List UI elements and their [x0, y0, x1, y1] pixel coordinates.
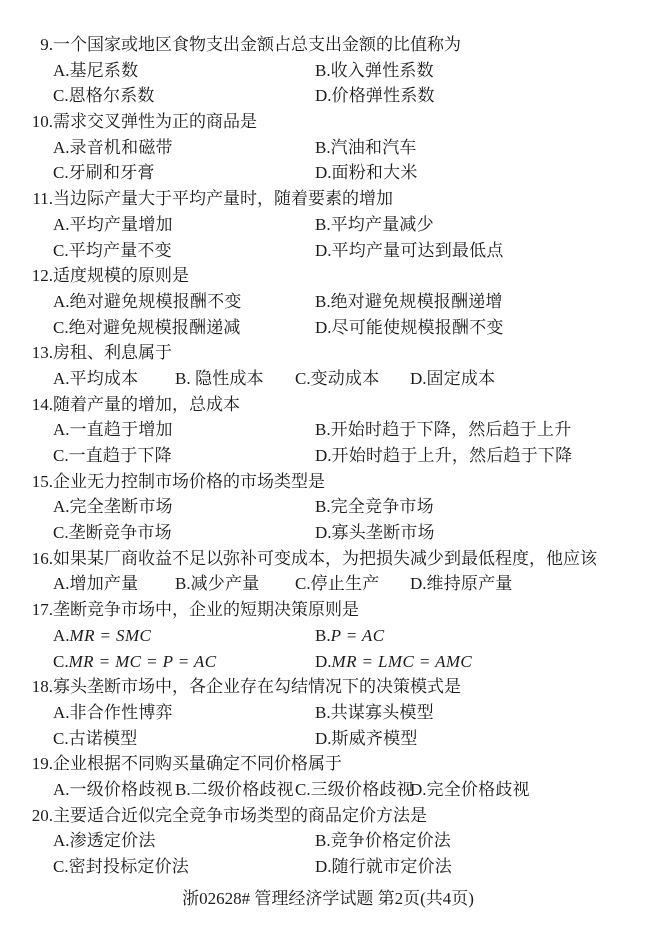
- option-letter: D.: [315, 729, 332, 748]
- option-text: 完全价格歧视: [427, 780, 530, 799]
- options-row: A.一直趋于增加 B.开始时趋于下降，然后趋于上升: [0, 417, 656, 443]
- option-a: A.基尼系数: [53, 58, 315, 84]
- options-row: A.平均成本 B. 隐性成本 C.变动成本 D.固定成本: [0, 366, 656, 392]
- option-formula: MR = LMC = AMC: [332, 652, 473, 671]
- question-11: 11.当边际产量大于平均产量时，随着要素的增加 A.平均产量增加 B.平均产量减…: [0, 186, 656, 263]
- question-text: 主要适合近似完全竞争市场类型的商品定价方法是: [53, 806, 427, 825]
- option-letter: A.: [53, 292, 70, 311]
- question-stem: 10.需求交叉弹性为正的商品是: [0, 109, 656, 135]
- option-b: B.绝对避免规模报酬递增: [315, 289, 656, 315]
- question-number: 17.: [26, 597, 53, 623]
- option-b: B.共谋寡头模型: [315, 700, 656, 726]
- option-b: B.开始时趋于下降，然后趋于上升: [315, 417, 656, 443]
- option-text: 隐性成本: [191, 369, 264, 388]
- question-10: 10.需求交叉弹性为正的商品是 A.录音机和磁带 B.汽油和汽车 C.牙刷和牙膏…: [0, 109, 656, 186]
- option-text: 古诺模型: [69, 729, 138, 748]
- option-letter: D.: [410, 574, 427, 593]
- option-text: 一级价格歧视: [70, 780, 173, 799]
- option-text: 价格弹性系数: [332, 86, 435, 105]
- option-text: 汽油和汽车: [331, 138, 417, 157]
- options-row: C.垄断竞争市场 D.寡头垄断市场: [0, 520, 656, 546]
- question-20: 20.主要适合近似完全竞争市场类型的商品定价方法是 A.渗透定价法 B.竞争价格…: [0, 803, 656, 880]
- option-letter: B.: [315, 497, 331, 516]
- option-a: A.平均成本: [53, 366, 175, 392]
- question-number: 9.: [26, 32, 53, 58]
- option-text: 一直趋于下降: [69, 446, 172, 465]
- option-letter: A.: [53, 626, 70, 645]
- option-d: D.寡头垄断市场: [315, 520, 656, 546]
- option-text: 增加产量: [70, 574, 139, 593]
- option-a: A.增加产量: [53, 571, 175, 597]
- option-letter: C.: [53, 857, 69, 876]
- exam-page: 9.一个国家或地区食物支出金额占总支出金额的比值称为 A.基尼系数 B.收入弹性…: [0, 0, 656, 911]
- option-letter: B.: [315, 703, 331, 722]
- option-b: B. 隐性成本: [175, 366, 295, 392]
- option-text: 变动成本: [311, 369, 380, 388]
- option-c: C.恩格尔系数: [53, 83, 315, 109]
- option-c: C.停止生产: [295, 571, 410, 597]
- option-a: A.渗透定价法: [53, 828, 315, 854]
- option-letter: C.: [295, 574, 311, 593]
- option-text: 共谋寡头模型: [331, 703, 434, 722]
- question-text: 寡头垄断市场中，各企业存在勾结情况下的决策模式是: [53, 677, 461, 696]
- option-d: D.MR = LMC = AMC: [315, 649, 656, 675]
- option-letter: A.: [53, 780, 70, 799]
- option-c: C.绝对避免规模报酬递减: [53, 315, 315, 341]
- options-row: C.绝对避免规模报酬递减 D.尽可能使规模报酬不变: [0, 315, 656, 341]
- option-text: 减少产量: [191, 574, 260, 593]
- options-row: C.恩格尔系数 D.价格弹性系数: [0, 83, 656, 109]
- option-a: A.MR = SMC: [53, 623, 315, 649]
- option-text: 完全垄断市场: [70, 497, 173, 516]
- option-letter: C.: [53, 241, 69, 260]
- option-d: D.完全价格歧视: [410, 777, 656, 803]
- option-text: 固定成本: [427, 369, 496, 388]
- option-a: A.一直趋于增加: [53, 417, 315, 443]
- option-d: D.面粉和大米: [315, 160, 656, 186]
- question-stem: 19.企业根据不同购买量确定不同价格属于: [0, 751, 656, 777]
- option-letter: D.: [410, 369, 427, 388]
- option-letter: D.: [315, 446, 332, 465]
- option-c: C.一直趋于下降: [53, 443, 315, 469]
- question-number: 19.: [26, 751, 53, 777]
- option-letter: B.: [315, 420, 331, 439]
- option-d: D.斯威齐模型: [315, 726, 656, 752]
- option-letter: B.: [315, 61, 331, 80]
- option-d: D.尽可能使规模报酬不变: [315, 315, 656, 341]
- page-footer: 浙02628# 管理经济学试题 第2页(共4页): [0, 886, 656, 912]
- option-letter: D.: [315, 163, 332, 182]
- question-stem: 16.如果某厂商收益不足以弥补可变成本，为把损失减少到最低程度，他应该: [0, 546, 656, 572]
- option-text: 平均产量不变: [69, 241, 172, 260]
- option-letter: C.: [53, 446, 69, 465]
- option-text: 恩格尔系数: [69, 86, 155, 105]
- option-text: 绝对避免规模报酬不变: [70, 292, 242, 311]
- options-row: A.非合作性博弈 B.共谋寡头模型: [0, 700, 656, 726]
- option-a: A.非合作性博弈: [53, 700, 315, 726]
- option-text: 完全竞争市场: [331, 497, 434, 516]
- question-text: 适度规模的原则是: [53, 266, 189, 285]
- options-row: C.牙刷和牙膏 D.面粉和大米: [0, 160, 656, 186]
- option-a: A.一级价格歧视: [53, 777, 175, 803]
- option-letter: C.: [53, 523, 69, 542]
- option-b: B.汽油和汽车: [315, 135, 656, 161]
- option-letter: D.: [315, 241, 332, 260]
- option-letter: D.: [410, 780, 427, 799]
- option-letter: D.: [315, 857, 332, 876]
- question-stem: 17.垄断竞争市场中，企业的短期决策原则是: [0, 597, 656, 623]
- option-text: 密封投标定价法: [69, 857, 189, 876]
- option-letter: A.: [53, 61, 70, 80]
- options-row: C.密封投标定价法 D.随行就市定价法: [0, 854, 656, 880]
- question-number: 18.: [26, 674, 53, 700]
- options-row: A.完全垄断市场 B.完全竞争市场: [0, 494, 656, 520]
- option-d: D.价格弹性系数: [315, 83, 656, 109]
- option-text: 尽可能使规模报酬不变: [332, 318, 504, 337]
- options-row: C.MR = MC = P = AC D.MR = LMC = AMC: [0, 649, 656, 675]
- options-row: A.录音机和磁带 B.汽油和汽车: [0, 135, 656, 161]
- option-letter: C.: [53, 163, 69, 182]
- option-text: 平均产量减少: [331, 215, 434, 234]
- option-letter: D.: [315, 652, 332, 671]
- option-c: C.变动成本: [295, 366, 410, 392]
- option-letter: D.: [315, 523, 332, 542]
- option-letter: B.: [315, 626, 331, 645]
- option-letter: C.: [295, 369, 311, 388]
- option-letter: C.: [53, 86, 69, 105]
- option-text: 渗透定价法: [70, 831, 156, 850]
- option-d: D.开始时趋于上升，然后趋于下降: [315, 443, 656, 469]
- option-d: D.随行就市定价法: [315, 854, 656, 880]
- question-text: 如果某厂商收益不足以弥补可变成本，为把损失减少到最低程度，他应该: [53, 549, 597, 568]
- option-letter: A.: [53, 497, 70, 516]
- question-text: 垄断竞争市场中，企业的短期决策原则是: [53, 600, 359, 619]
- option-letter: A.: [53, 831, 70, 850]
- options-row: A.渗透定价法 B.竞争价格定价法: [0, 828, 656, 854]
- options-row: C.古诺模型 D.斯威齐模型: [0, 726, 656, 752]
- question-18: 18.寡头垄断市场中，各企业存在勾结情况下的决策模式是 A.非合作性博弈 B.共…: [0, 674, 656, 751]
- question-stem: 11.当边际产量大于平均产量时，随着要素的增加: [0, 186, 656, 212]
- option-letter: B.: [175, 369, 191, 388]
- option-letter: C.: [53, 652, 69, 671]
- option-letter: A.: [53, 703, 70, 722]
- option-text: 竞争价格定价法: [331, 831, 451, 850]
- option-d: D.维持原产量: [410, 571, 656, 597]
- option-text: 绝对避免规模报酬递增: [331, 292, 503, 311]
- option-text: 平均产量增加: [70, 215, 173, 234]
- option-formula: P = AC: [331, 626, 385, 645]
- question-text: 企业根据不同购买量确定不同价格属于: [53, 754, 342, 773]
- options-row: A.基尼系数 B.收入弹性系数: [0, 58, 656, 84]
- option-text: 面粉和大米: [332, 163, 418, 182]
- question-number: 12.: [26, 263, 53, 289]
- question-stem: 18.寡头垄断市场中，各企业存在勾结情况下的决策模式是: [0, 674, 656, 700]
- option-d: D.固定成本: [410, 366, 656, 392]
- option-letter: B.: [175, 780, 191, 799]
- option-c: C.古诺模型: [53, 726, 315, 752]
- options-row: A.增加产量 B.减少产量 C.停止生产 D.维持原产量: [0, 571, 656, 597]
- option-c: C.垄断竞争市场: [53, 520, 315, 546]
- option-text: 平均产量可达到最低点: [332, 241, 504, 260]
- option-b: B.完全竞争市场: [315, 494, 656, 520]
- question-13: 13.房租、利息属于 A.平均成本 B. 隐性成本 C.变动成本 D.固定成本: [0, 340, 656, 391]
- option-formula: MR = SMC: [70, 626, 152, 645]
- option-b: B.P = AC: [315, 623, 656, 649]
- option-a: A.绝对避免规模报酬不变: [53, 289, 315, 315]
- question-15: 15.企业无力控制市场价格的市场类型是 A.完全垄断市场 B.完全竞争市场 C.…: [0, 469, 656, 546]
- question-number: 13.: [26, 340, 53, 366]
- option-text: 停止生产: [311, 574, 380, 593]
- options-row: A.平均产量增加 B.平均产量减少: [0, 212, 656, 238]
- option-text: 牙刷和牙膏: [69, 163, 155, 182]
- option-b: B.二级价格歧视: [175, 777, 295, 803]
- option-b: B.平均产量减少: [315, 212, 656, 238]
- question-17: 17.垄断竞争市场中，企业的短期决策原则是 A.MR = SMC B.P = A…: [0, 597, 656, 674]
- option-letter: B.: [175, 574, 191, 593]
- option-letter: B.: [315, 215, 331, 234]
- option-letter: A.: [53, 420, 70, 439]
- option-c: C.牙刷和牙膏: [53, 160, 315, 186]
- options-row: A.MR = SMC B.P = AC: [0, 623, 656, 649]
- option-b: B.收入弹性系数: [315, 58, 656, 84]
- question-12: 12.适度规模的原则是 A.绝对避免规模报酬不变 B.绝对避免规模报酬递增 C.…: [0, 263, 656, 340]
- option-text: 斯威齐模型: [332, 729, 418, 748]
- question-text: 房租、利息属于: [53, 343, 172, 362]
- option-text: 非合作性博弈: [70, 703, 173, 722]
- question-stem: 14.随着产量的增加，总成本: [0, 392, 656, 418]
- option-text: 开始时趋于上升，然后趋于下降: [332, 446, 573, 465]
- question-number: 20.: [26, 803, 53, 829]
- option-text: 三级价格歧视: [311, 780, 414, 799]
- question-19: 19.企业根据不同购买量确定不同价格属于 A.一级价格歧视 B.二级价格歧视 C…: [0, 751, 656, 802]
- option-c: C.平均产量不变: [53, 238, 315, 264]
- option-letter: D.: [315, 318, 332, 337]
- question-number: 14.: [26, 392, 53, 418]
- option-a: A.完全垄断市场: [53, 494, 315, 520]
- option-text: 垄断竞争市场: [69, 523, 172, 542]
- option-b: B.竞争价格定价法: [315, 828, 656, 854]
- option-letter: B.: [315, 138, 331, 157]
- option-text: 基尼系数: [70, 61, 139, 80]
- question-stem: 20.主要适合近似完全竞争市场类型的商品定价方法是: [0, 803, 656, 829]
- option-text: 录音机和磁带: [70, 138, 173, 157]
- option-formula: MR = MC = P = AC: [69, 652, 217, 671]
- option-b: B.减少产量: [175, 571, 295, 597]
- option-text: 绝对避免规模报酬递减: [69, 318, 241, 337]
- option-letter: A.: [53, 574, 70, 593]
- option-text: 收入弹性系数: [331, 61, 434, 80]
- option-text: 平均成本: [70, 369, 139, 388]
- option-a: A.平均产量增加: [53, 212, 315, 238]
- option-letter: B.: [315, 292, 331, 311]
- question-stem: 15.企业无力控制市场价格的市场类型是: [0, 469, 656, 495]
- question-number: 15.: [26, 469, 53, 495]
- option-c: C.MR = MC = P = AC: [53, 649, 315, 675]
- question-16: 16.如果某厂商收益不足以弥补可变成本，为把损失减少到最低程度，他应该 A.增加…: [0, 546, 656, 597]
- option-text: 开始时趋于下降，然后趋于上升: [331, 420, 572, 439]
- question-stem: 13.房租、利息属于: [0, 340, 656, 366]
- question-text: 需求交叉弹性为正的商品是: [53, 112, 257, 131]
- question-14: 14.随着产量的增加，总成本 A.一直趋于增加 B.开始时趋于下降，然后趋于上升…: [0, 392, 656, 469]
- options-row: C.平均产量不变 D.平均产量可达到最低点: [0, 238, 656, 264]
- option-text: 二级价格歧视: [191, 780, 294, 799]
- option-a: A.录音机和磁带: [53, 135, 315, 161]
- question-stem: 12.适度规模的原则是: [0, 263, 656, 289]
- question-number: 10.: [26, 109, 53, 135]
- option-c: C.密封投标定价法: [53, 854, 315, 880]
- options-row: A.绝对避免规模报酬不变 B.绝对避免规模报酬递增: [0, 289, 656, 315]
- option-d: D.平均产量可达到最低点: [315, 238, 656, 264]
- option-letter: A.: [53, 138, 70, 157]
- question-9: 9.一个国家或地区食物支出金额占总支出金额的比值称为 A.基尼系数 B.收入弹性…: [0, 32, 656, 109]
- question-text: 随着产量的增加，总成本: [53, 395, 240, 414]
- option-letter: D.: [315, 86, 332, 105]
- option-letter: C.: [53, 729, 69, 748]
- question-text: 企业无力控制市场价格的市场类型是: [53, 472, 325, 491]
- option-text: 一直趋于增加: [70, 420, 173, 439]
- options-row: A.一级价格歧视 B.二级价格歧视 C.三级价格歧视 D.完全价格歧视: [0, 777, 656, 803]
- question-stem: 9.一个国家或地区食物支出金额占总支出金额的比值称为: [0, 32, 656, 58]
- option-letter: A.: [53, 369, 70, 388]
- question-number: 16.: [26, 546, 53, 572]
- option-c: C.三级价格歧视: [295, 777, 410, 803]
- option-text: 维持原产量: [427, 574, 513, 593]
- question-text: 当边际产量大于平均产量时，随着要素的增加: [53, 189, 393, 208]
- option-letter: C.: [53, 318, 69, 337]
- option-text: 寡头垄断市场: [332, 523, 435, 542]
- question-text: 一个国家或地区食物支出金额占总支出金额的比值称为: [53, 35, 461, 54]
- option-letter: A.: [53, 215, 70, 234]
- option-letter: B.: [315, 831, 331, 850]
- options-row: C.一直趋于下降 D.开始时趋于上升，然后趋于下降: [0, 443, 656, 469]
- option-text: 随行就市定价法: [332, 857, 452, 876]
- question-number: 11.: [26, 186, 53, 212]
- option-letter: C.: [295, 780, 311, 799]
